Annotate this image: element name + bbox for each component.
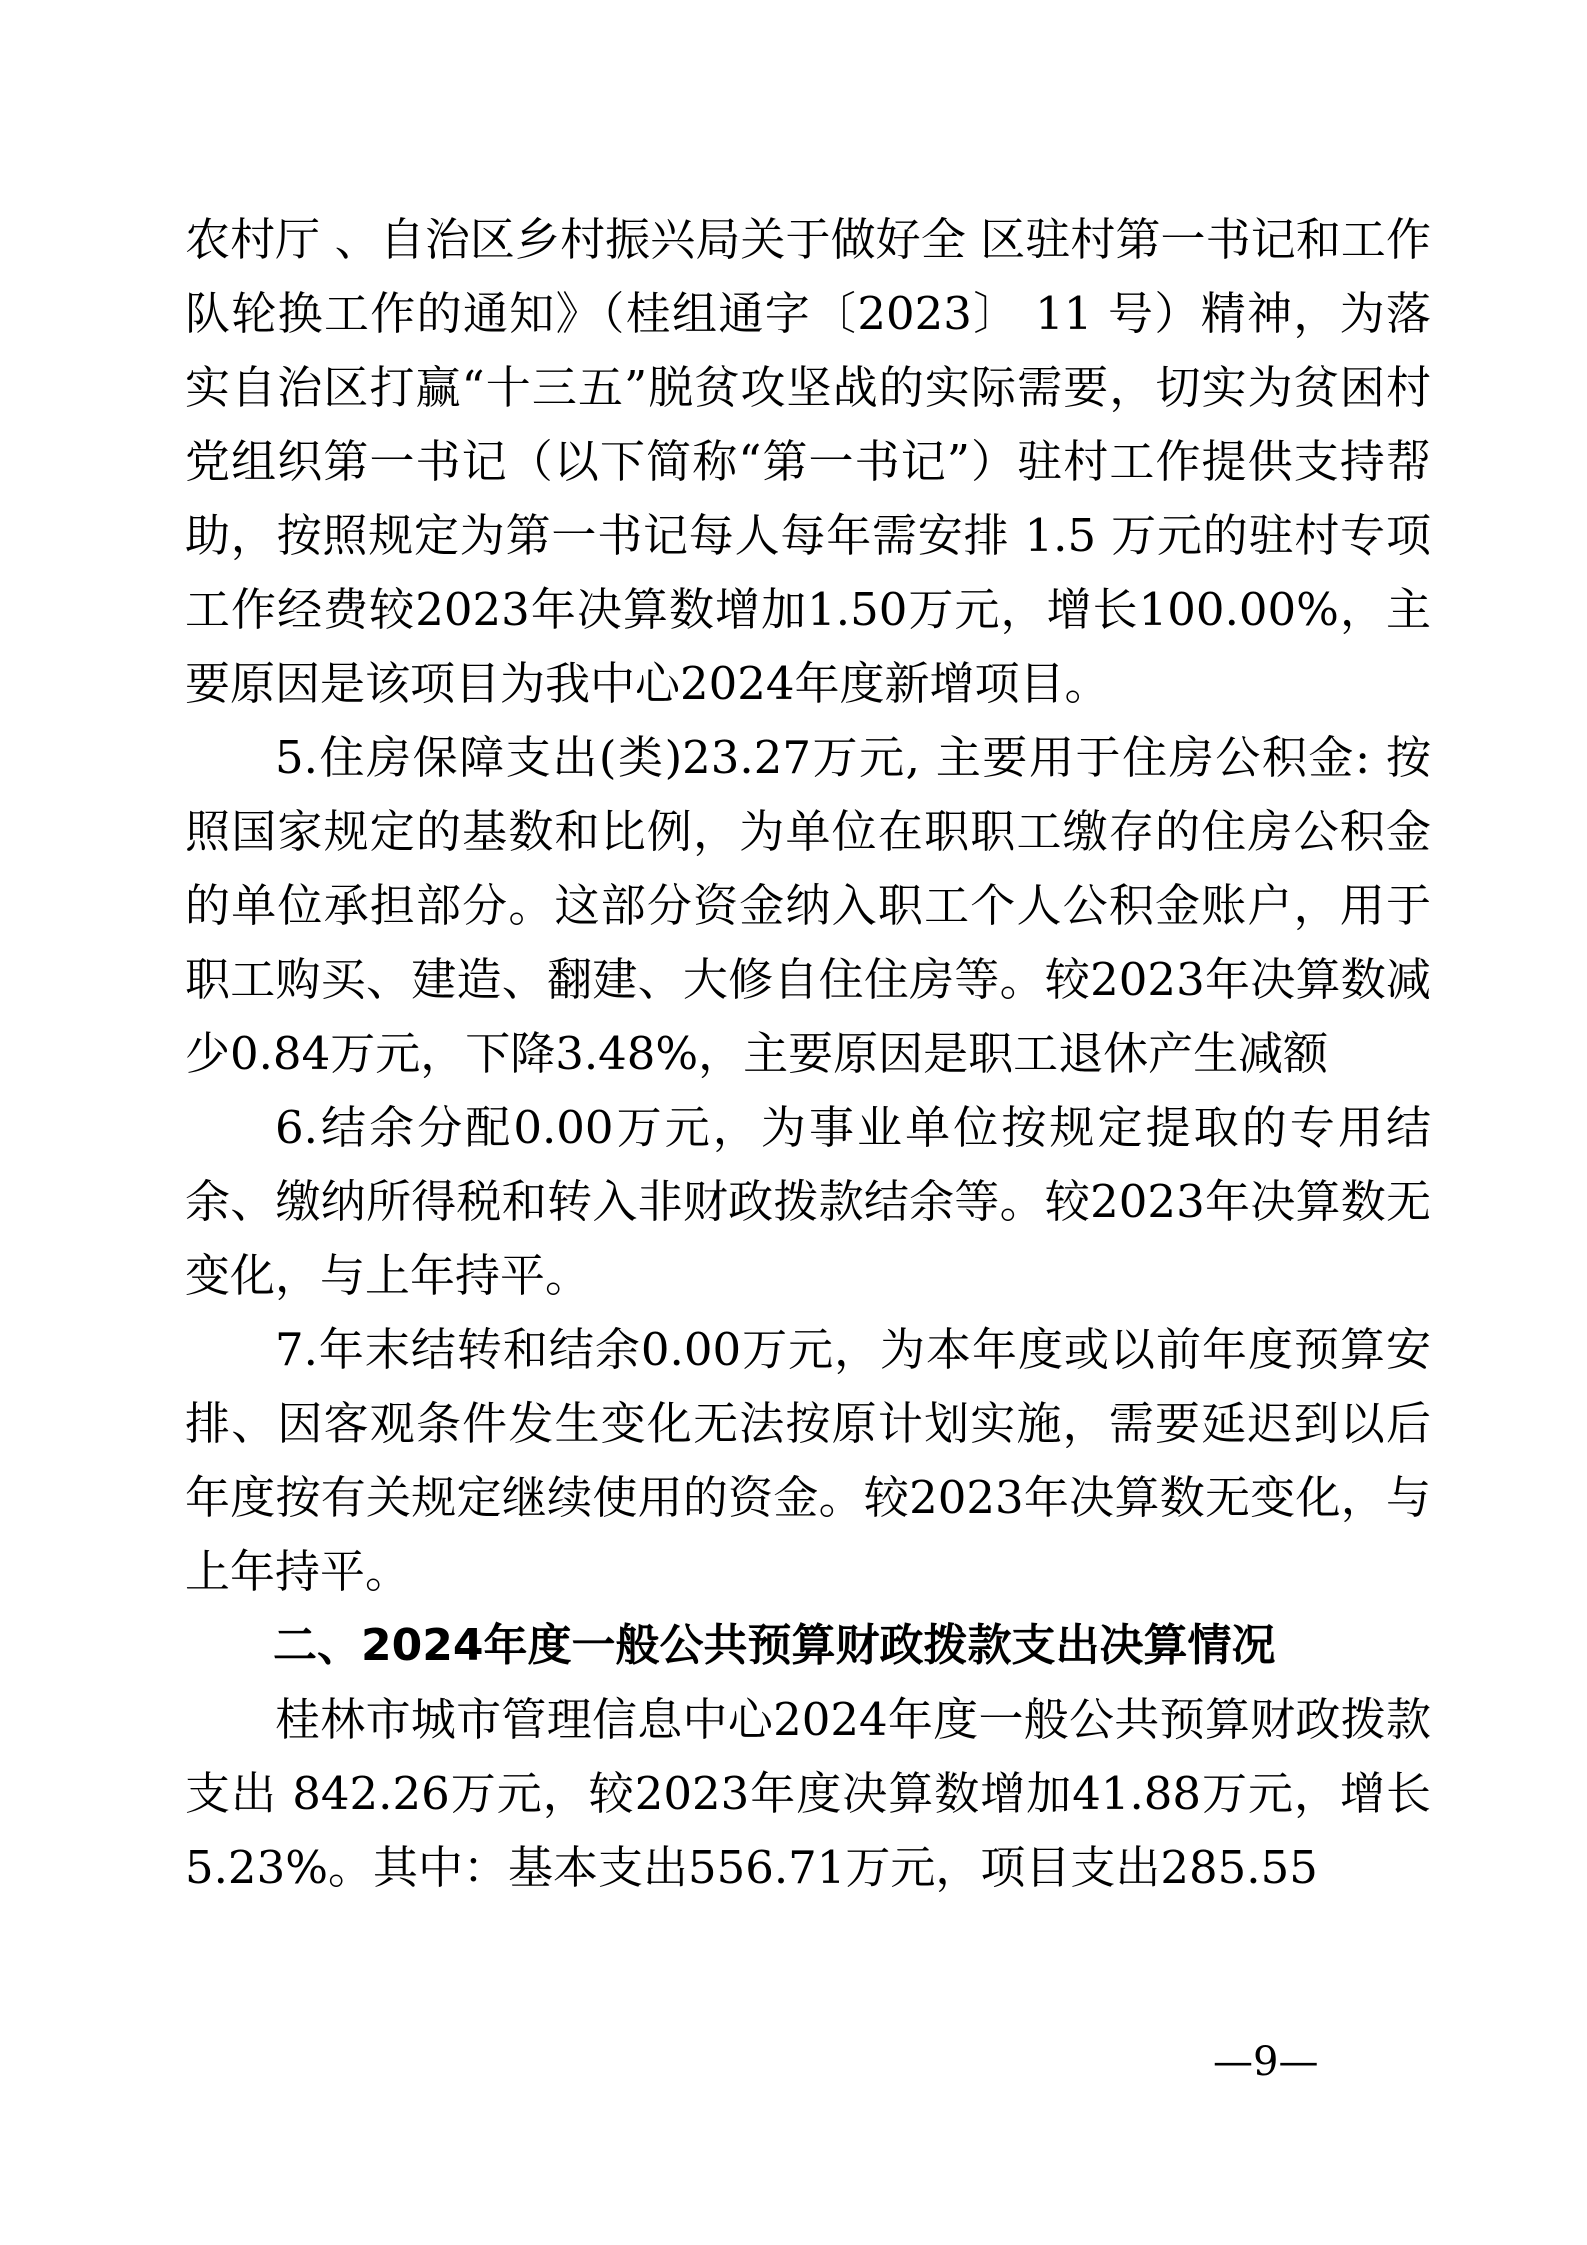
paragraph-surplus-distribution: 6.结余分配0.00万元，为事业单位按规定提取的专用结余、缴纳所得税和转入非财政… <box>185 1091 1431 1313</box>
paragraph-continuation: 农村厅 、自治区乡村振兴局关于做好全 区驻村第一书记和工作队轮换工作的通知》（桂… <box>185 203 1431 721</box>
section-heading: 二、2024年度一般公共预算财政拨款支出决算情况 <box>185 1609 1431 1683</box>
page-number: —9— <box>1213 2039 1318 2085</box>
document-body: 农村厅 、自治区乡村振兴局关于做好全 区驻村第一书记和工作队轮换工作的通知》（桂… <box>185 203 1431 1905</box>
paragraph-year-end-carryover: 7.年末结转和结余0.00万元，为本年度或以前年度预算安排、因客观条件发生变化无… <box>185 1313 1431 1609</box>
paragraph-housing-expense: 5.住房保障支出(类)23.27万元, 主要用于住房公积金: 按照国家规定的基数… <box>185 721 1431 1091</box>
paragraph-budget-expenditure: 桂林市城市管理信息中心2024年度一般公共预算财政拨款支出 842.26万元，较… <box>185 1683 1431 1905</box>
document-page: 农村厅 、自治区乡村振兴局关于做好全 区驻村第一书记和工作队轮换工作的通知》（桂… <box>0 0 1587 2245</box>
